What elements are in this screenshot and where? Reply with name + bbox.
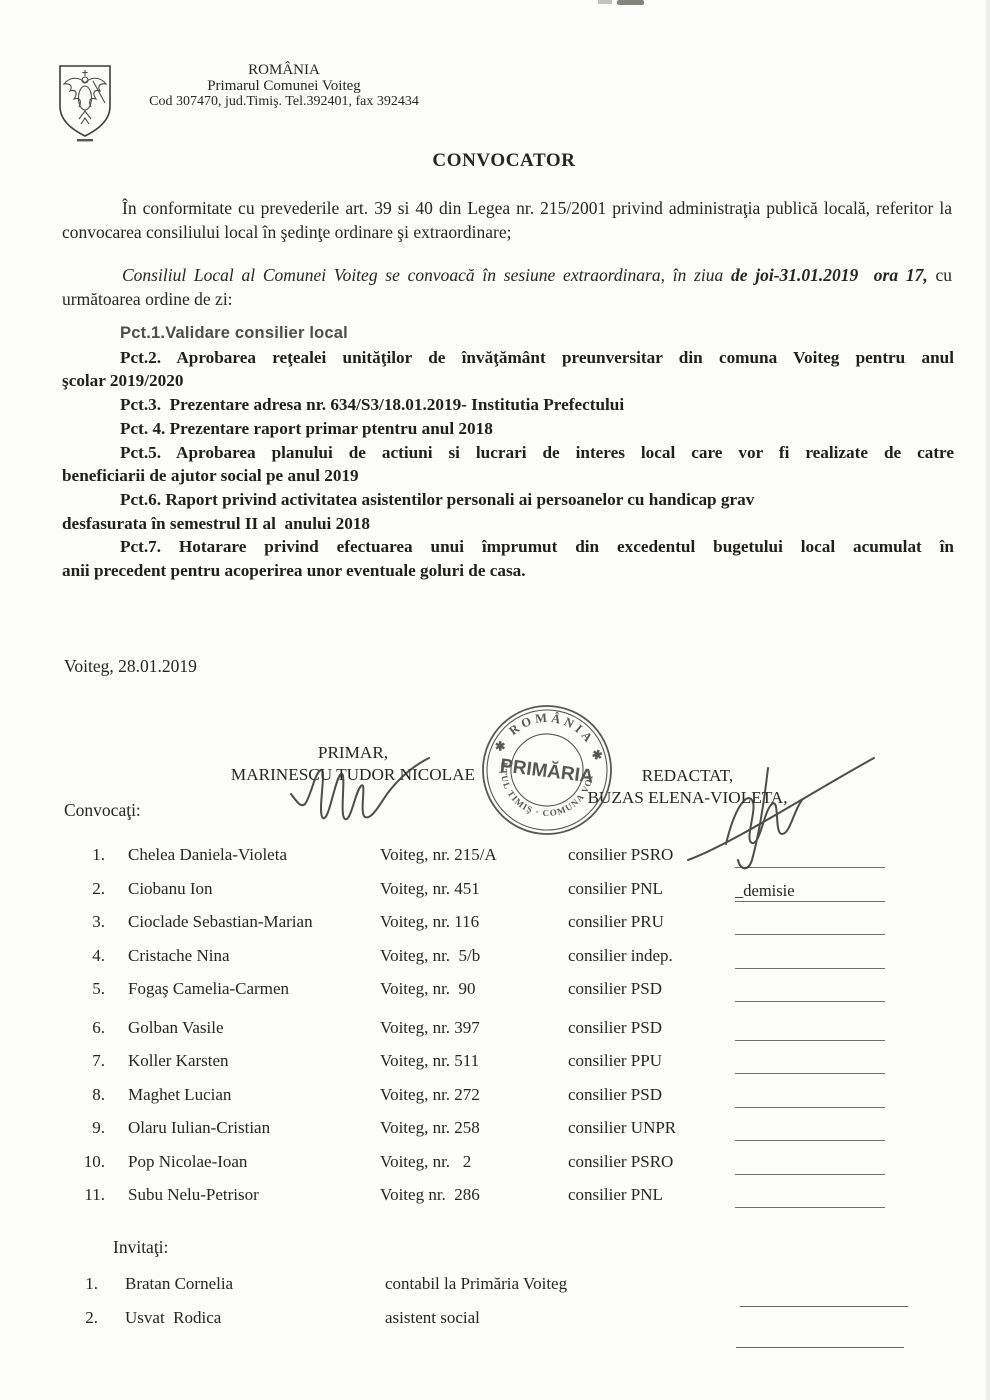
table-row: 3. Cioclade Sebastian-Marian Voiteg, nr.…: [0, 912, 990, 946]
councilor-role: consilier PPU: [568, 1051, 735, 1071]
letterhead: ROMÂNIA Primarul Comunei Voiteg Cod 3074…: [148, 62, 420, 110]
table-row: 1. Bratan Cornelia contabil la Primăria …: [0, 1274, 990, 1308]
row-number: 2.: [0, 879, 105, 899]
agenda-item-7: Pct.7. Hotarare privind efectuarea unui …: [62, 535, 954, 559]
signature-line: [735, 1185, 885, 1208]
primaria-round-stamp: ✱ ROMÂNIA ✱ JUDEŢUL TIMIŞ · COMUNA VOITE…: [469, 692, 625, 848]
table-row: 2. Usvat Rodica asistent social: [0, 1308, 990, 1342]
councilor-address: Voiteg, nr. 215/A: [380, 845, 568, 865]
agenda-item-6-cont: desfasurata în semestrul II al anului 20…: [62, 512, 954, 536]
councilor-role: consilier PSD: [568, 979, 735, 999]
agenda-item-2: Pct.2. Aprobarea reţealei unităţilor de …: [62, 346, 954, 370]
councilor-name: Koller Karsten: [105, 1051, 380, 1071]
table-row: 4. Cristache Nina Voiteg, nr. 5/b consil…: [0, 946, 990, 980]
signature-line: [735, 1118, 885, 1141]
row-number: 6.: [0, 1018, 105, 1038]
councilor-name: Cristache Nina: [105, 946, 380, 966]
romania-coat-of-arms: [54, 62, 116, 144]
invitee-name: Bratan Cornelia: [98, 1274, 385, 1294]
intro-paragraph: În conformitate cu prevederile art. 39 s…: [62, 196, 952, 244]
row-number: 9.: [0, 1118, 105, 1138]
letterhead-country: ROMÂNIA: [148, 62, 420, 78]
convocation-date: de joi-31.01.2019 ora 17,: [731, 265, 928, 285]
scan-artifact: [598, 0, 612, 4]
drafter-handwritten-signature: [682, 748, 882, 876]
signature-line: [735, 1018, 885, 1041]
convocation-paragraph: Consiliul Local al Comunei Voiteg se con…: [62, 263, 952, 311]
councilor-address: Voiteg nr. 286: [380, 1185, 568, 1205]
signature-line: [735, 1152, 885, 1175]
signature-line: [735, 1085, 885, 1108]
table-row: 9. Olaru Iulian-Cristian Voiteg, nr. 258…: [0, 1118, 990, 1152]
document-title: CONVOCATOR: [0, 150, 990, 172]
scanned-document-page: ROMÂNIA Primarul Comunei Voiteg Cod 3074…: [0, 0, 990, 1400]
invitee-name: Usvat Rodica: [98, 1308, 385, 1328]
table-row: 11. Subu Nelu-Petrisor Voiteg nr. 286 co…: [0, 1185, 990, 1219]
councilor-role: consilier PSD: [568, 1085, 735, 1105]
councilor-role: consilier UNPR: [568, 1118, 735, 1138]
convened-label: Convocaţi:: [64, 800, 141, 821]
signature-line: [735, 912, 885, 935]
agenda-list: Pct.1.Validare consilier local Pct.2. Ap…: [62, 322, 954, 583]
letterhead-office: Primarul Comunei Voiteg: [148, 78, 420, 94]
invited-label: Invitaţi:: [113, 1237, 168, 1258]
councilor-address: Voiteg, nr. 272: [380, 1085, 568, 1105]
councilor-name: Ciobanu Ion: [105, 879, 380, 899]
agenda-item-2-cont: şcolar 2019/2020: [62, 369, 954, 393]
councilor-address: Voiteg, nr. 258: [380, 1118, 568, 1138]
convocation-lead: Consiliul Local al Comunei Voiteg se con…: [122, 265, 731, 285]
councilor-address: Voiteg, nr. 116: [380, 912, 568, 932]
table-row: 5. Fogaş Camelia-Carmen Voiteg, nr. 90 c…: [0, 979, 990, 1013]
councilors-table: 1. Chelea Daniela-Violeta Voiteg, nr. 21…: [0, 845, 990, 1219]
letterhead-contact: Cod 307470, jud.Timiş. Tel.392401, fax 3…: [148, 94, 420, 110]
place-date-line: Voiteg, 28.01.2019: [64, 656, 197, 677]
table-row: 8. Maghet Lucian Voiteg, nr. 272 consili…: [0, 1085, 990, 1119]
councilor-name: Fogaş Camelia-Carmen: [105, 979, 380, 999]
councilor-address: Voiteg, nr. 2: [380, 1152, 568, 1172]
row-number: 1.: [0, 1274, 98, 1294]
councilor-name: Olaru Iulian-Cristian: [105, 1118, 380, 1138]
signature-line: [735, 979, 885, 1002]
table-row: 7. Koller Karsten Voiteg, nr. 511 consil…: [0, 1051, 990, 1085]
councilor-address: Voiteg, nr. 90: [380, 979, 568, 999]
row-number: 5.: [0, 979, 105, 999]
row-number: 1.: [0, 845, 105, 865]
councilor-name: Maghet Lucian: [105, 1085, 380, 1105]
councilor-role: consilier indep.: [568, 946, 735, 966]
councilor-address: Voiteg, nr. 397: [380, 1018, 568, 1038]
councilor-name: Chelea Daniela-Violeta: [105, 845, 380, 865]
councilor-name: Cioclade Sebastian-Marian: [105, 912, 380, 932]
councilor-address: Voiteg, nr. 451: [380, 879, 568, 899]
councilor-address: Voiteg, nr. 511: [380, 1051, 568, 1071]
agenda-item-6: Pct.6. Raport privind activitatea asiste…: [62, 488, 954, 512]
councilor-name: Subu Nelu-Petrisor: [105, 1185, 380, 1205]
agenda-item-7-cont: anii precedent pentru acoperirea unor ev…: [62, 559, 954, 583]
invitee-role: asistent social: [385, 1308, 990, 1328]
row-number: 3.: [0, 912, 105, 932]
agenda-item-3: Pct.3. Prezentare adresa nr. 634/S3/18.0…: [62, 393, 954, 417]
invitee-role: contabil la Primăria Voiteg: [385, 1274, 990, 1294]
table-row: 10. Pop Nicolae-Ioan Voiteg, nr. 2 consi…: [0, 1152, 990, 1186]
signature-line: [740, 1306, 908, 1307]
councilor-role: consilier PSD: [568, 1018, 735, 1038]
agenda-item-5: Pct.5. Aprobarea planului de actiuni si …: [62, 441, 954, 465]
invited-table: 1. Bratan Cornelia contabil la Primăria …: [0, 1274, 990, 1342]
row-number: 7.: [0, 1051, 105, 1071]
councilor-name: Pop Nicolae-Ioan: [105, 1152, 380, 1172]
signature-line: [736, 1347, 904, 1348]
row-number: 2.: [0, 1308, 98, 1328]
councilor-role: consilier PNL: [568, 879, 735, 899]
table-row: 6. Golban Vasile Voiteg, nr. 397 consili…: [0, 1018, 990, 1052]
agenda-item-5-cont: beneficiarii de ajutor social pe anul 20…: [62, 464, 954, 488]
mayor-handwritten-signature: [287, 752, 437, 837]
scan-artifact: [617, 0, 644, 5]
signature-line-demisie-note: _demisie: [735, 879, 885, 902]
agenda-item-4: Pct. 4. Prezentare raport primar ptentru…: [62, 417, 954, 441]
row-number: 10.: [0, 1152, 105, 1172]
councilor-role: consilier PSRO: [568, 1152, 735, 1172]
councilor-address: Voiteg, nr. 5/b: [380, 946, 568, 966]
signature-line: [735, 1051, 885, 1074]
coa-caption: [77, 139, 93, 141]
councilor-role: consilier PNL: [568, 1185, 735, 1205]
table-row: 2. Ciobanu Ion Voiteg, nr. 451 consilier…: [0, 879, 990, 913]
row-number: 8.: [0, 1085, 105, 1105]
row-number: 4.: [0, 946, 105, 966]
councilor-name: Golban Vasile: [105, 1018, 380, 1038]
agenda-item-1: Pct.1.Validare consilier local: [62, 322, 954, 346]
signature-line: [735, 946, 885, 969]
councilor-role: consilier PRU: [568, 912, 735, 932]
row-number: 11.: [0, 1185, 105, 1205]
